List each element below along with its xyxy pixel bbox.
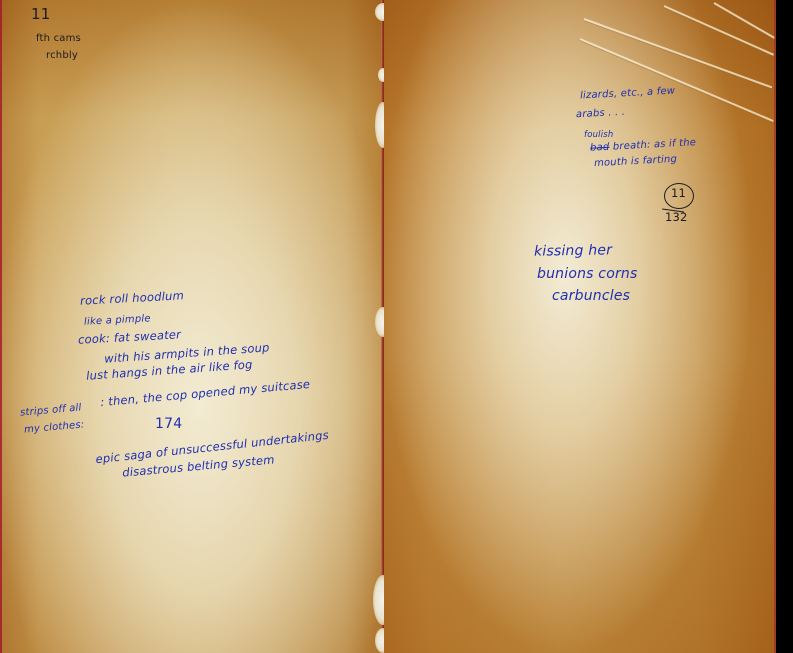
note-arabs: arabs . . . [576,107,626,121]
margin-note-strips: strips off all [20,402,82,418]
left-header-note-1: fth cams [36,33,81,44]
right-page: lizards, etc., a few arabs . . . foulish… [384,0,776,653]
note-rock-roll-hoodlum: rock roll hoodlum [80,288,185,307]
list-kissing-her: kissing her [534,242,612,259]
note-lizards: lizards, etc., a few [580,86,676,102]
left-page: 11 fth cams rchbly rock roll hoodlum lik… [0,0,384,653]
notebook-spread: 11 fth cams rchbly rock roll hoodlum lik… [0,0,793,653]
left-page-edge [0,0,2,653]
margin-note-clothes: my clothes: [24,419,85,435]
list-bunions-corns: bunions corns [537,266,638,282]
right-page-edge [774,0,776,653]
struck-word-bad: bad [590,142,610,154]
right-page-ref: 132 [665,210,688,224]
left-page-ref: 174 [155,416,182,432]
note-mouth-farting: mouth is farting [594,154,678,169]
left-header-note-2: rchbly [46,50,78,61]
list-carbuncles: carbuncles [552,288,630,304]
note-cop-opened-suitcase: : then, the cop opened my suitcase [100,377,311,409]
note-cook-fat-sweater: cook: fat sweater [78,327,182,346]
note-like-a-pimple: like a pimple [84,313,151,327]
note-breath-line: breath: as if the [613,137,697,152]
circled-number: 11 [671,186,686,200]
paper-crease [664,5,774,56]
note-foulish: foulish [584,130,614,140]
left-page-number: 11 [31,5,51,23]
